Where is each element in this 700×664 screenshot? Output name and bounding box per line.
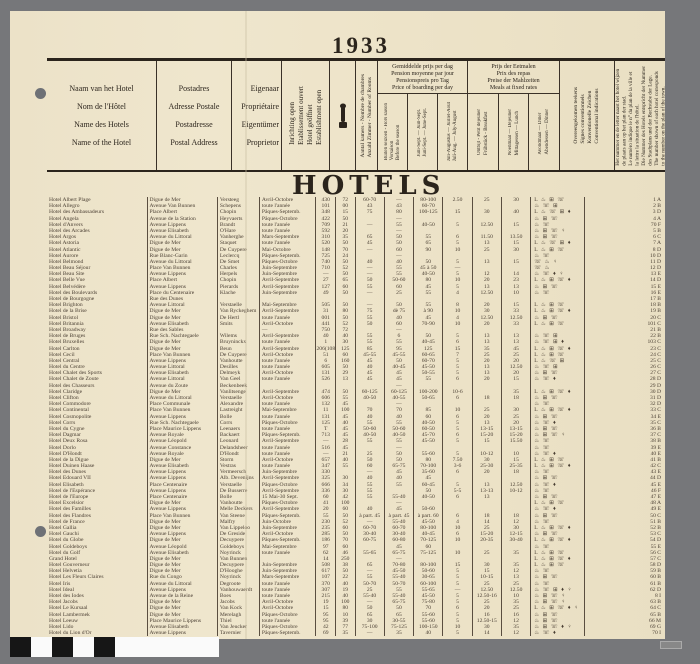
document-year: 1933: [332, 33, 390, 59]
header-name-column: Naam van het Hotel Nom de l'Hôtel Name d…: [47, 61, 157, 170]
punch-hole: [35, 88, 46, 99]
header-pension-group: Gemiddelde prijs per dag Pension moyenne…: [378, 61, 468, 170]
scale-bar-white: [115, 637, 219, 657]
dinner-price: 12: [501, 630, 530, 636]
room-count: 69: [315, 630, 335, 636]
breakfast-price: 5: [442, 630, 471, 636]
lunch-price: 14: [472, 630, 501, 636]
header-symbols-column: Overeengekomen teekens Signes convention…: [560, 61, 615, 170]
scale-bar-white: [31, 637, 52, 657]
postal-address: Avenue Lippens: [147, 630, 217, 636]
header-address-column: Postadres Adresse Postale Postadresse Po…: [157, 61, 232, 170]
conventional-symbols: ♨ ☏ ♦: [530, 630, 584, 636]
scale-bar-black: [10, 637, 31, 657]
price-july-aug: 40: [413, 630, 442, 636]
header-owner-column: Eigenaar Propriétaire Eigentümer Proprie…: [232, 61, 282, 170]
header-phone-column: [330, 61, 356, 170]
table-row: Hotel du Lion d'OrAvenue LippensTavernie…: [47, 630, 665, 636]
open-period: Pâques-Septemb.: [259, 630, 316, 636]
document-page: 1933 Naam van het Hotel Nom de l'Hôtel N…: [10, 11, 665, 639]
scan-marker: [660, 641, 682, 649]
telephone-icon: [338, 102, 348, 130]
scale-bar-white: [73, 637, 94, 657]
header-map-note: Het nummer en de letter naast het hotel …: [615, 61, 665, 170]
scale-bar-black: [94, 637, 115, 657]
price-june-sept: 35: [384, 630, 413, 636]
phone-number: 35: [335, 630, 355, 636]
map-reference: 70 I: [584, 630, 665, 636]
hotel-name: Hotel du Lion d'Or: [47, 630, 147, 636]
price-off-season: —: [355, 630, 384, 636]
header-open-column: Inrichting open Etablissement ouvert Hot…: [282, 61, 330, 170]
header-rooms-column: Aantal kamers - Nombre de chambres Anzah…: [356, 61, 378, 170]
header-meals-group: Prijs der Eetmalen Prix des repas Preise…: [468, 61, 560, 170]
proprietor: Tavernier: [217, 630, 259, 636]
punch-hole: [35, 526, 46, 537]
scale-bar-black: [52, 637, 73, 657]
hotel-table: Hotel Albert PlageDigue de MerVersteegAv…: [47, 197, 665, 636]
